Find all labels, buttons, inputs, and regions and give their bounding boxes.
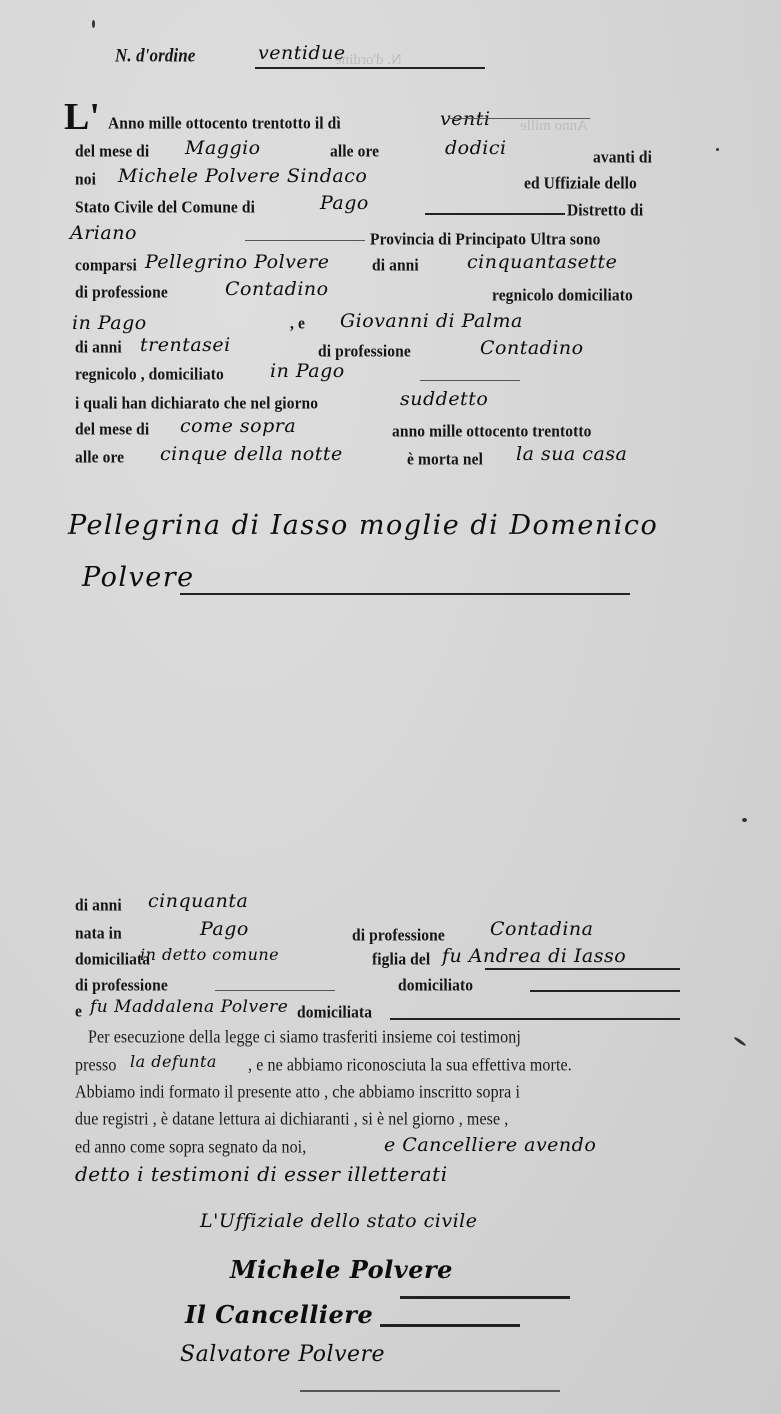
text-line: e — [75, 1002, 82, 1022]
text-line: di professione — [75, 283, 168, 303]
order-number-label: N. d'ordine — [115, 45, 195, 67]
deceased-name-line1: Pellegrina di Iasso moglie di Domenico — [68, 510, 658, 541]
field-death-place: la sua casa — [516, 443, 627, 465]
signature-flourish — [380, 1324, 520, 1327]
text-line: di professione — [75, 976, 168, 996]
field-underline — [390, 1018, 680, 1020]
text-line: Stato Civile del Comune di — [75, 198, 255, 218]
text-line: ed Uffiziale dello — [524, 174, 637, 194]
text-line: regnicolo domiciliato — [492, 286, 633, 306]
field-day: venti — [440, 108, 490, 130]
signature-salvatore: Salvatore Polvere — [180, 1342, 385, 1367]
field-birthplace: Pago — [200, 918, 249, 940]
text-line: noi — [75, 170, 96, 190]
field-mother: fu Maddalena Polvere — [90, 997, 288, 1017]
order-number-value: ventidue — [258, 42, 346, 64]
text-line: nata in — [75, 924, 122, 944]
text-line: figlia del — [372, 950, 430, 970]
text-line: anno mille ottocento trentotto — [392, 422, 591, 442]
field-witness1-residence: in Pago — [72, 312, 147, 334]
text-line: regnicolo , domiciliato — [75, 365, 224, 385]
text-line: due registri , è datane lettura ai dichi… — [75, 1110, 508, 1130]
field-illiterate-note: detto i testimoni di esser illetterati — [75, 1162, 448, 1186]
text-line: domiciliata — [297, 1003, 372, 1023]
field-underline — [425, 213, 565, 215]
signature-cancelliere: Il Cancelliere — [185, 1300, 373, 1329]
text-line: , e — [290, 314, 305, 334]
field-hour: dodici — [445, 137, 507, 159]
text-line: comparsi — [75, 256, 137, 276]
field-underline — [485, 968, 680, 970]
text-line: alle ore — [75, 448, 124, 468]
text-line: Anno mille ottocento trentotto il dì — [108, 114, 341, 134]
ink-speck — [92, 20, 95, 28]
field-residence: in detto comune — [140, 945, 279, 964]
field-official: Michele Polvere Sindaco — [118, 165, 367, 187]
signature-flourish — [400, 1296, 570, 1299]
ink-speck — [742, 818, 747, 822]
ink-speck — [716, 148, 719, 151]
text-line: domiciliata — [75, 950, 150, 970]
field-death-hour: cinque della notte — [160, 443, 343, 465]
text-line: domiciliato — [398, 976, 473, 996]
field-age: cinquanta — [148, 890, 248, 912]
text-line: di anni — [75, 338, 122, 358]
text-line: avanti di — [593, 148, 652, 168]
field-underline — [420, 380, 520, 381]
field-witness2-name: Giovanni di Palma — [340, 310, 523, 332]
field-underline — [245, 240, 365, 241]
deceased-underline — [180, 593, 630, 595]
field-month: Maggio — [185, 137, 261, 159]
field-underline — [450, 118, 590, 119]
ink-speck — [733, 1036, 746, 1046]
text-line: Distretto di — [567, 201, 643, 221]
field-death-month: come sopra — [180, 415, 296, 437]
civil-death-record-page: N. d'ordine Anno mille N. d'ordine venti… — [0, 0, 781, 1414]
field-father: fu Andrea di Iasso — [442, 945, 626, 967]
field-witness2-profession: Contadino — [480, 337, 584, 359]
text-line: ed anno come sopra segnato da noi, — [75, 1138, 306, 1158]
text-line: del mese di — [75, 420, 149, 440]
dropcap: L' — [64, 98, 100, 136]
field-profession: Contadina — [490, 918, 593, 940]
text-line: Per esecuzione della legge ci siamo tras… — [88, 1028, 521, 1048]
field-witness2-residence: in Pago — [270, 360, 345, 382]
order-number-underline — [255, 67, 485, 69]
field-witness1-profession: Contadino — [225, 278, 329, 300]
field-underline — [215, 990, 335, 991]
text-line: , e ne abbiamo riconosciuta la sua effet… — [248, 1056, 572, 1076]
field-witness1-age: cinquantasette — [467, 251, 617, 273]
text-line: di anni — [75, 896, 122, 916]
signature-flourish — [300, 1390, 560, 1392]
field-comune: Pago — [320, 192, 369, 214]
text-line: di professione — [318, 342, 411, 362]
text-line: i quali han dichiarato che nel giorno — [75, 394, 318, 414]
signature-mayor: Michele Polvere — [230, 1255, 453, 1284]
field-witness2-age: trentasei — [140, 334, 231, 356]
text-line: è morta nel — [407, 450, 483, 470]
text-line: presso — [75, 1056, 116, 1076]
field-distretto: Ariano — [70, 222, 137, 244]
bleed-through-anno: Anno mille — [520, 118, 588, 135]
text-line: Abbiamo indi formato il presente atto , … — [75, 1083, 520, 1103]
text-line: alle ore — [330, 142, 379, 162]
field-witness1-name: Pellegrino Polvere — [145, 251, 329, 273]
field-defunct: la defunta — [130, 1052, 217, 1071]
text-line: di anni — [372, 256, 419, 276]
text-line: di professione — [352, 926, 445, 946]
field-underline — [530, 990, 680, 992]
field-cancelliere: e Cancelliere avendo — [384, 1134, 596, 1156]
text-line: del mese di — [75, 142, 149, 162]
deceased-name-line2: Polvere — [82, 562, 195, 593]
field-death-day: suddetto — [400, 388, 488, 410]
text-line: Provincia di Principato Ultra sono — [370, 230, 600, 250]
signature-title: L'Uffiziale dello stato civile — [200, 1210, 477, 1232]
